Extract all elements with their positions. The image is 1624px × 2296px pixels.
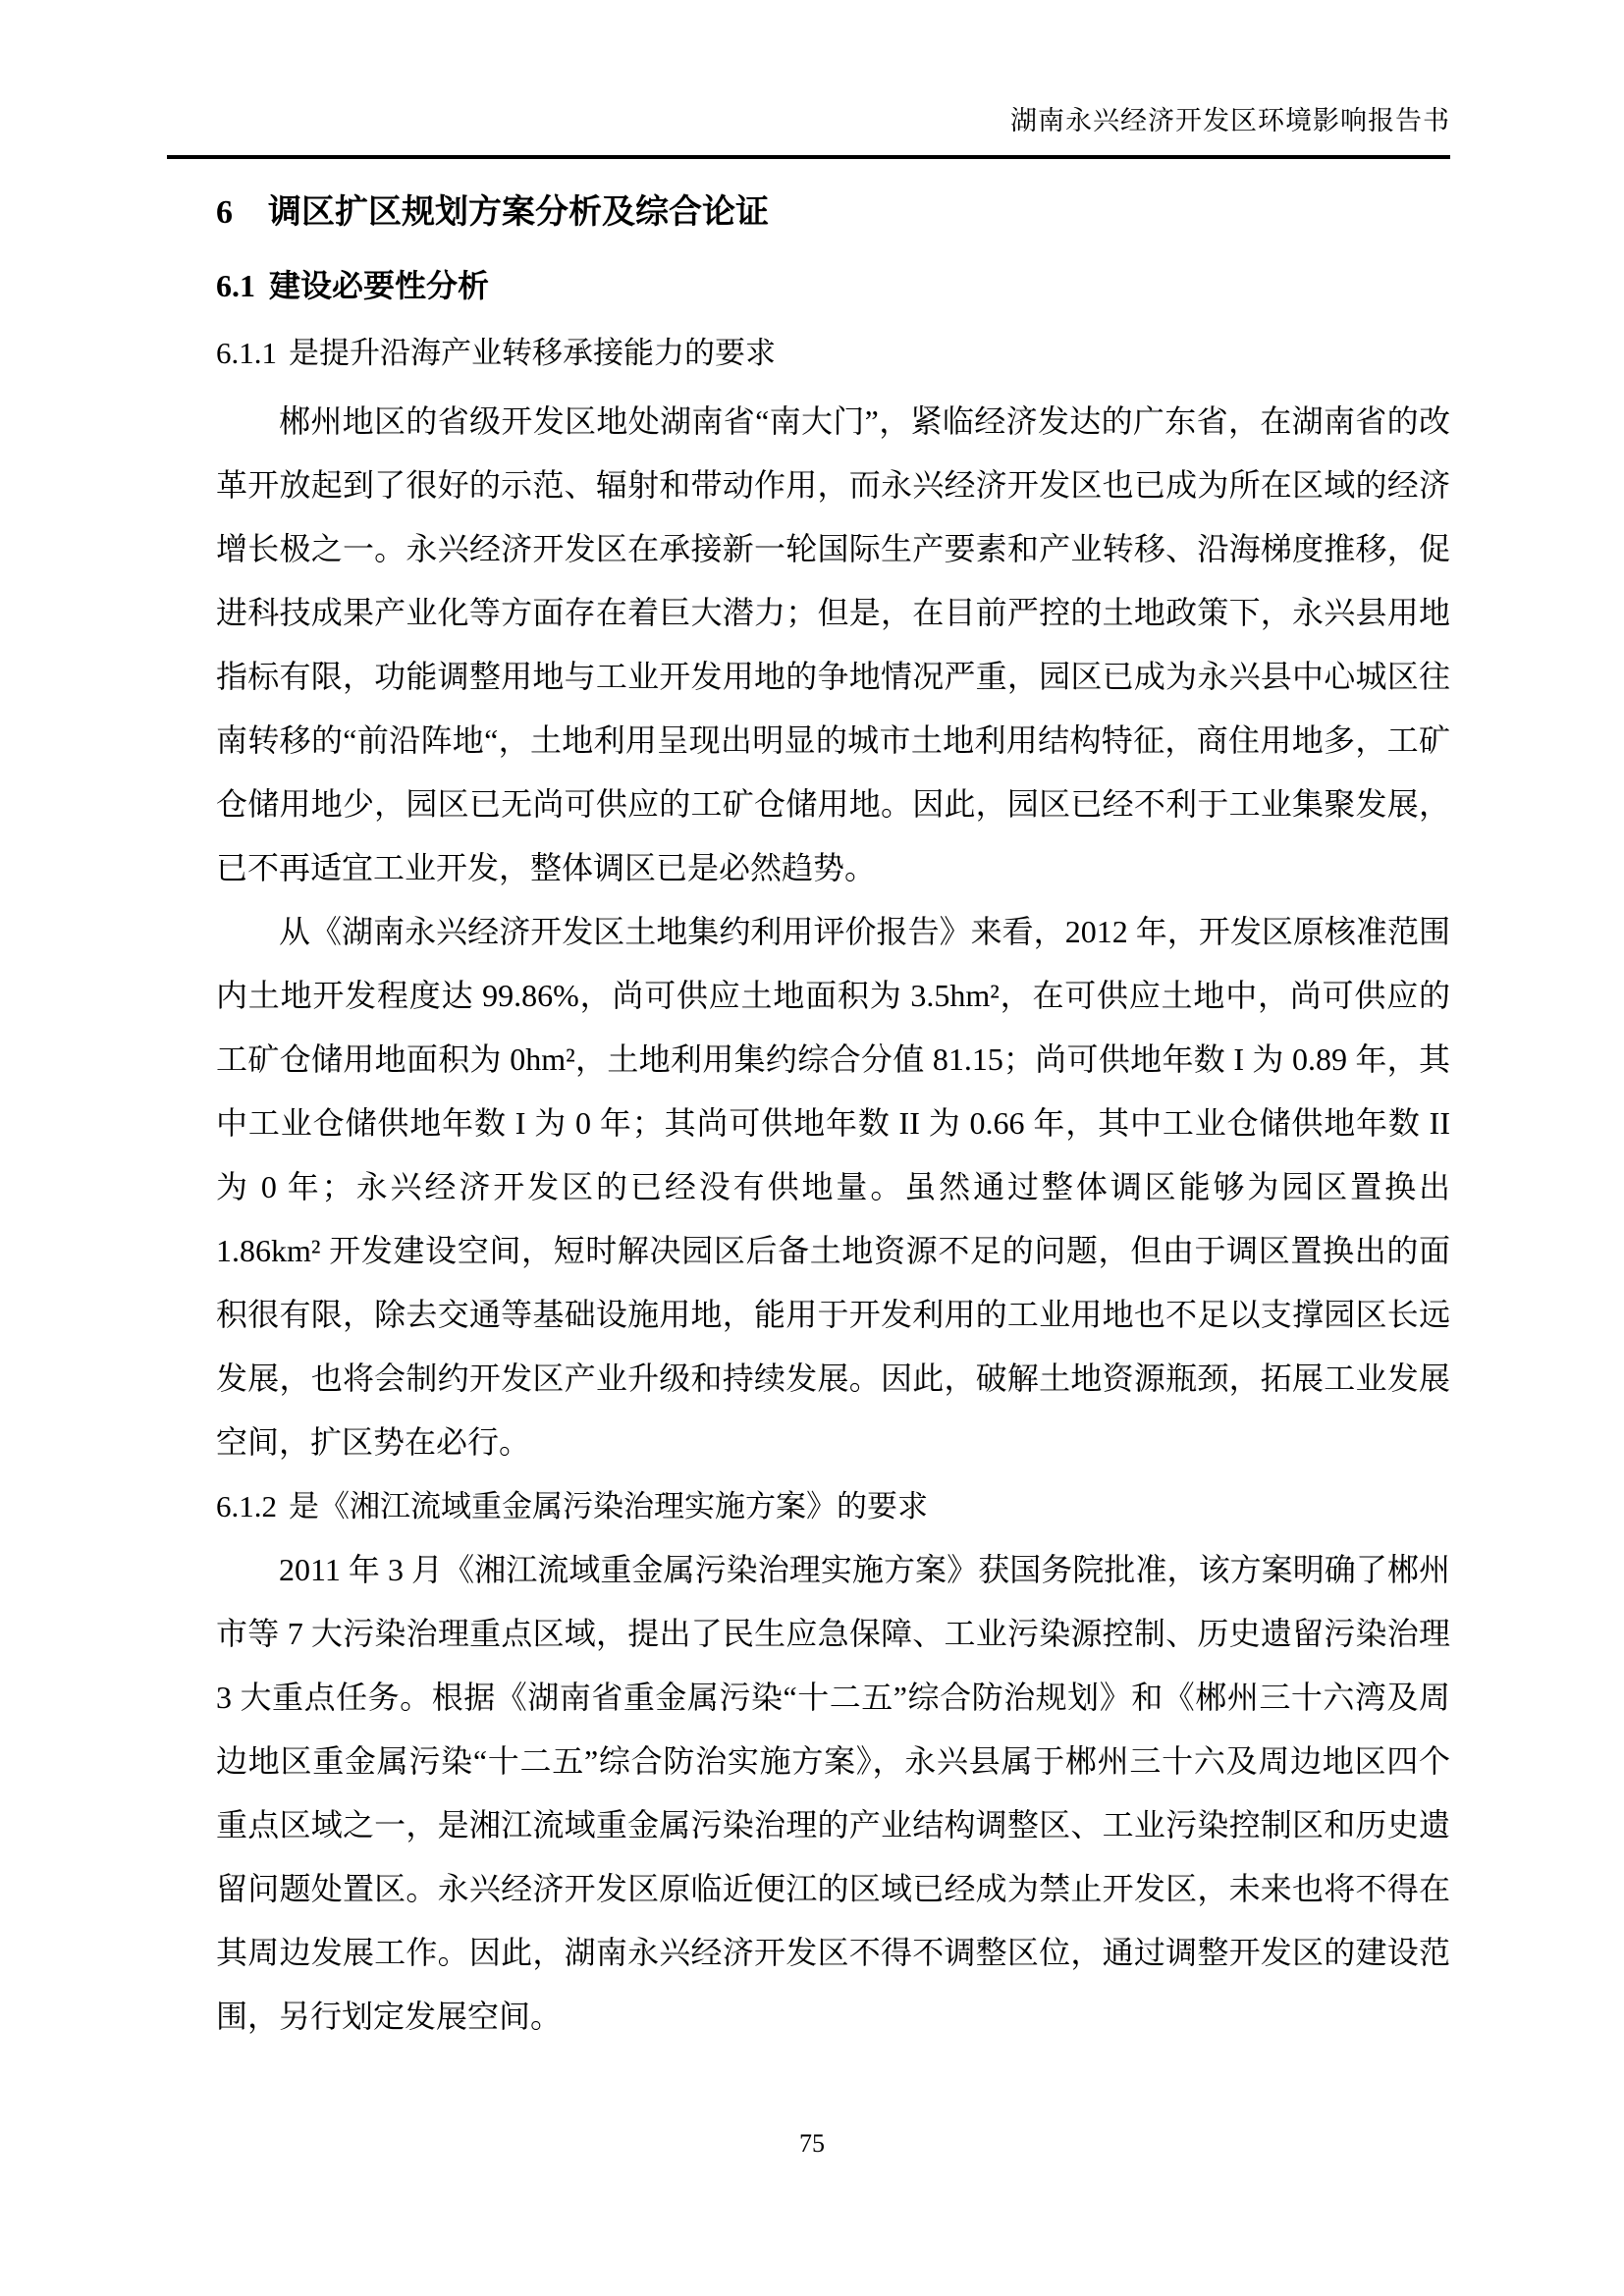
subsubsection-heading-612: 6.1.2是《湘江流域重金属污染治理实施方案》的要求 bbox=[216, 1474, 1450, 1538]
subsubsection-611-number: 6.1.1 bbox=[216, 336, 277, 370]
page-footer: 75 bbox=[0, 2128, 1624, 2160]
subsection-number: 6.1 bbox=[216, 268, 255, 303]
paragraph-1: 郴州地区的省级开发区地处湖南省“南大门”，紧临经济发达的广东省，在湖南省的改革开… bbox=[216, 390, 1450, 900]
document-page: 湖南永兴经济开发区环境影响报告书 6调区扩区规划方案分析及综合论证 6.1建设必… bbox=[0, 0, 1624, 2296]
subsubsection-612-title: 是《湘江流域重金属污染治理实施方案》的要求 bbox=[289, 1489, 928, 1523]
subsubsection-611-title: 是提升沿海产业转移承接能力的要求 bbox=[289, 336, 776, 370]
subsection-heading: 6.1建设必要性分析 bbox=[216, 264, 1450, 307]
section-number: 6 bbox=[216, 194, 233, 231]
page-content: 6调区扩区规划方案分析及综合论证 6.1建设必要性分析 6.1.1是提升沿海产业… bbox=[216, 188, 1450, 2049]
paragraph-2: 从《湖南永兴经济开发区土地集约利用评价报告》来看，2012 年，开发区原核准范围… bbox=[216, 900, 1450, 1474]
header-rule bbox=[167, 155, 1450, 159]
paragraph-3: 2011 年 3 月《湘江流域重金属污染治理实施方案》获国务院批准，该方案明确了… bbox=[216, 1538, 1450, 2049]
section-heading: 6调区扩区规划方案分析及综合论证 bbox=[216, 188, 1450, 237]
subsubsection-612-number: 6.1.2 bbox=[216, 1489, 277, 1523]
page-number: 75 bbox=[799, 2129, 825, 2158]
subsubsection-heading-611: 6.1.1是提升沿海产业转移承接能力的要求 bbox=[216, 331, 1450, 376]
report-title: 湖南永兴经济开发区环境影响报告书 bbox=[1010, 106, 1450, 135]
page-header: 湖南永兴经济开发区环境影响报告书 bbox=[167, 104, 1450, 137]
section-title: 调区扩区规划方案分析及综合论证 bbox=[268, 193, 769, 231]
subsection-title: 建设必要性分析 bbox=[269, 268, 489, 303]
